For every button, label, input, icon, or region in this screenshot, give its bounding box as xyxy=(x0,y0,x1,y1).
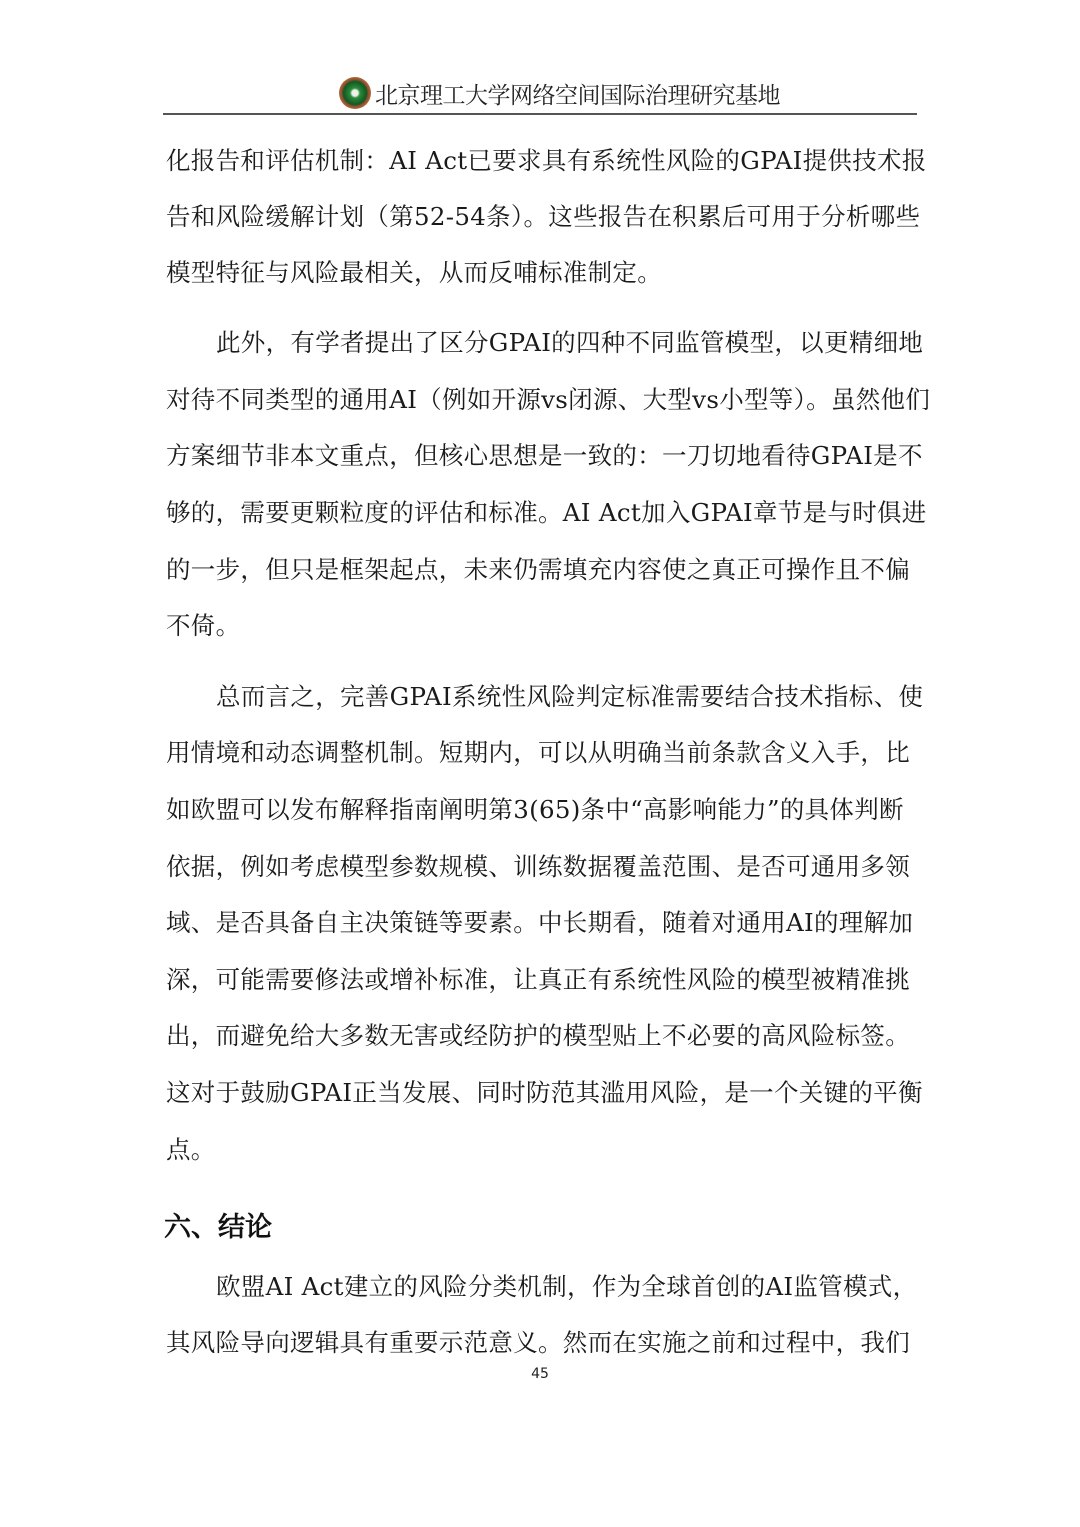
paragraph-3-line-5: 域、是否具备自主决策链等要素。中长期看，随着对通用AI的理解加 xyxy=(166,908,913,938)
paragraph-2-line-5: 的一步，但只是框架起点，未来仍需填充内容使之真正可操作且不偏 xyxy=(166,555,910,585)
header-title: 北京理工大学网络空间国际治理研究基地 xyxy=(375,77,780,110)
paragraph-1-line-3: 模型特征与风险最相关，从而反哺标准制定。 xyxy=(166,258,662,288)
page-number: 45 xyxy=(0,1366,1080,1382)
paragraph-2-line-6: 不倚。 xyxy=(166,611,240,641)
paragraph-3-line-6: 深，可能需要修法或增补标准，让真正有系统性风险的模型被精准挑 xyxy=(166,965,910,995)
paragraph-3-line-8: 这对于鼓励GPAI正当发展、同时防范其滥用风险，是一个关键的平衡 xyxy=(166,1078,923,1108)
header-brand: 北京理工大学网络空间国际治理研究基地 xyxy=(339,74,780,112)
paragraph-3-line-1: 总而言之，完善GPAI系统性风险判定标准需要结合技术指标、使 xyxy=(216,682,923,712)
section-heading-conclusion: 六、结论 xyxy=(164,1205,272,1244)
paragraph-3-line-7: 出，而避免给大多数无害或经防护的模型贴上不必要的高风险标签。 xyxy=(166,1021,910,1051)
paragraph-2-line-3: 方案细节非本文重点，但核心思想是一致的：一刀切地看待GPAI是不 xyxy=(166,441,923,471)
paragraph-2-line-1: 此外，有学者提出了区分GPAI的四种不同监管模型，以更精细地 xyxy=(216,328,923,358)
paragraph-1-line-1: 化报告和评估机制：AI Act已要求具有系统性风险的GPAI提供技术报 xyxy=(166,146,927,176)
page-header: 北京理工大学网络空间国际治理研究基地 xyxy=(163,74,917,116)
paragraph-1-line-2: 告和风险缓解计划（第52-54条）。这些报告在积累后可用于分析哪些 xyxy=(166,202,920,232)
paragraph-3-line-9: 点。 xyxy=(166,1135,216,1165)
header-divider xyxy=(163,113,917,115)
conclusion-line-1: 欧盟AI Act建立的风险分类机制，作为全球首创的AI监管模式， xyxy=(216,1272,917,1302)
university-emblem-icon xyxy=(339,77,371,109)
conclusion-line-2: 其风险导向逻辑具有重要示范意义。然而在实施之前和过程中，我们 xyxy=(166,1328,910,1358)
paragraph-3-line-2: 用情境和动态调整机制。短期内，可以从明确当前条款含义入手，比 xyxy=(166,738,910,768)
paragraph-2-line-4: 够的，需要更颗粒度的评估和标准。AI Act加入GPAI章节是与时俱进 xyxy=(166,498,927,528)
paragraph-3-line-3: 如欧盟可以发布解释指南阐明第3(65)条中“高影响能力”的具体判断 xyxy=(166,795,904,825)
paragraph-3-line-4: 依据，例如考虑模型参数规模、训练数据覆盖范围、是否可通用多领 xyxy=(166,852,910,882)
paragraph-2-line-2: 对待不同类型的通用AI（例如开源vs闭源、大型vs小型等）。虽然他们 xyxy=(166,385,930,415)
